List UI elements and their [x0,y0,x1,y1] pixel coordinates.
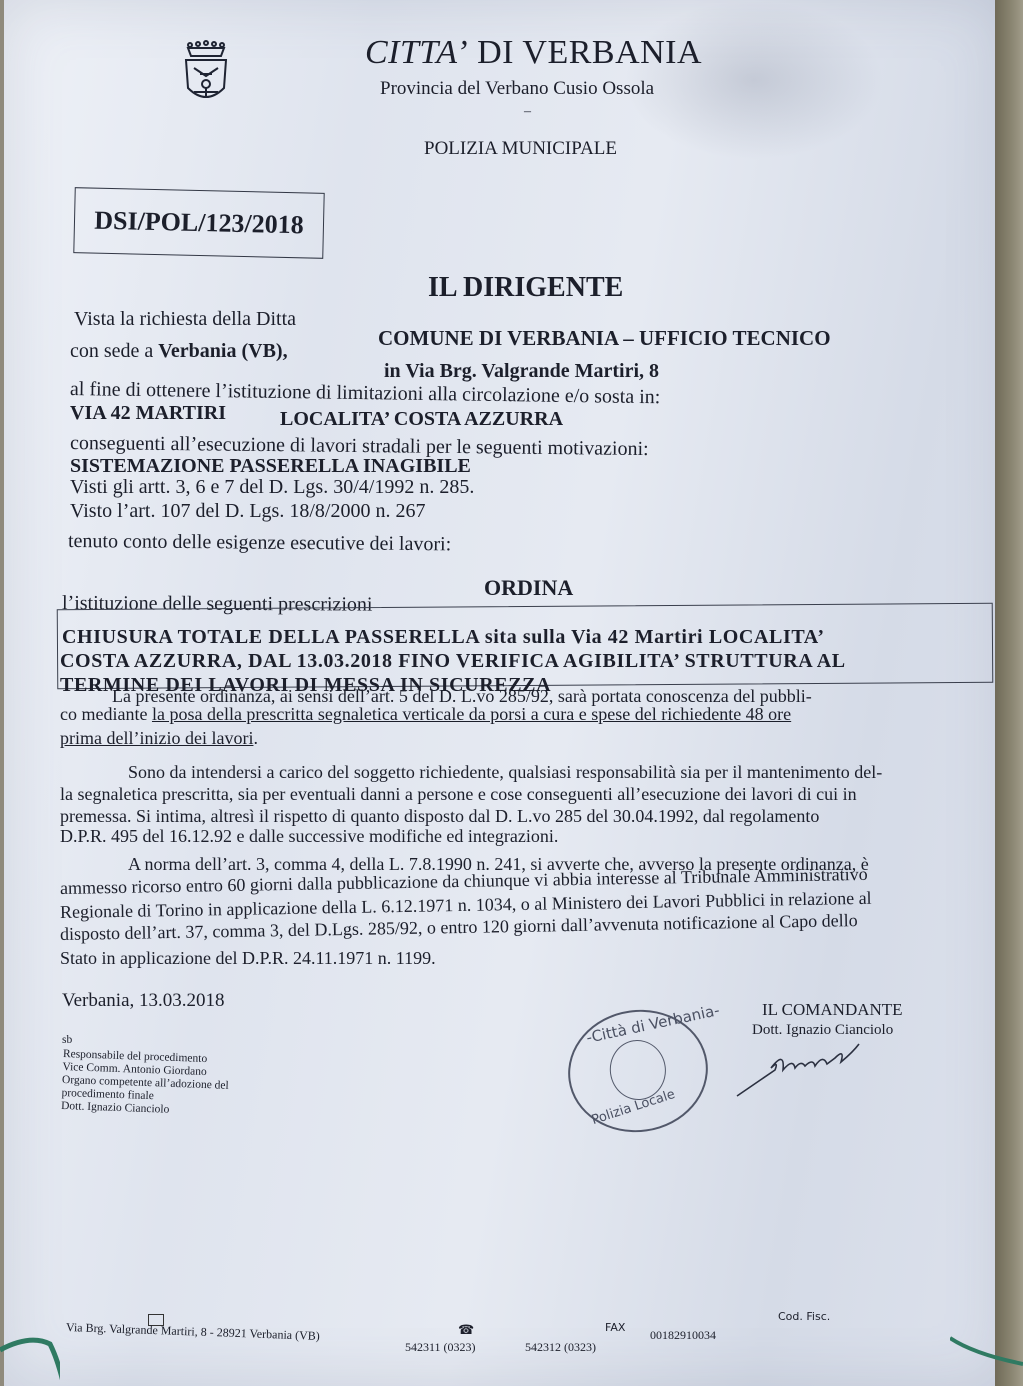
place-date: Verbania, 13.03.2018 [62,990,225,1012]
wire-tie-right [950,1320,1023,1380]
request-seat-city: Verbania (VB), [158,340,287,362]
protocol-number-box: DSI/POL/123/2018 [73,187,324,259]
footer-fax: 542312 (0323) [525,1340,596,1355]
paragraph-2-line-2: la segnaletica prescritta, sia per event… [60,784,857,805]
tax-code-label: Cod. Fisc. [778,1310,830,1323]
footer-phone: 542311 (0323) [405,1340,476,1355]
paragraph-1-underlined: la posa della prescritta segnaletica ver… [152,704,791,724]
location-street: VIA 42 MARTIRI [70,402,226,425]
law-reference-1: Visti gli artt. 3, 6 e 7 del D. Lgs. 30/… [70,476,474,499]
commander-title: IL COMANDANTE [762,1000,903,1020]
requesting-company: COMUNE DI VERBANIA – UFFICIO TECNICO [378,326,831,351]
paragraph-1-line-2: co mediante la posa della prescritta seg… [60,704,791,725]
city-title-prefix: CITTA’ [365,34,468,71]
paragraph-2-line-3: premessa. Si intima, altresì il rispetto… [60,806,819,827]
law-reference-2: Visto l’art. 107 del D. Lgs. 18/8/2000 n… [70,500,425,523]
request-seat-prefix: con sede a [70,340,158,362]
city-title: CITTA’ DI VERBANIA [365,34,702,72]
phone-icon: ☎ [458,1322,474,1338]
protocol-number: DSI/POL/123/2018 [94,206,304,241]
fax-label: FAX [605,1321,625,1334]
order-line-2: COSTA AZZURRA, DAL 13.03.2018 FINO VERIF… [60,650,846,673]
issuer-heading: IL DIRIGENTE [428,272,623,304]
request-line-1: Vista la richiesta della Ditta [74,308,296,331]
paragraph-1-line-3: prima dell’inizio dei lavori. [60,728,258,749]
tax-code: 00182910034 [650,1328,716,1343]
company-address: in Via Brg. Valgrande Martiri, 8 [384,360,659,383]
paragraph-3-line-5: Stato in applicazione del D.P.R. 24.11.1… [60,948,436,969]
wire-tie-left [0,1330,60,1386]
signature-icon [735,1040,885,1100]
paragraph-1-plain: co mediante [60,704,152,724]
city-title-suffix: DI VERBANIA [468,34,702,71]
order-line-1: CHIUSURA TOTALE DELLA PASSERELLA sita su… [62,626,825,649]
paragraph-2-line-4: D.P.R. 495 del 16.12.92 e dalle successi… [60,826,558,847]
commander-name: Dott. Ignazio Cianciolo [752,1022,893,1039]
paragraph-1-underlined-end: prima dell’inizio dei lavori [60,728,253,748]
city-crest-icon [178,40,234,108]
author-initials: sb [62,1034,72,1047]
location-area: LOCALITA’ COSTA AZZURRA [280,408,563,431]
reason: SISTEMAZIONE PASSERELLA INAGIBILE [70,455,471,478]
paragraph-1-period: . [253,728,258,748]
request-line-2: con sede a Verbania (VB), [70,340,288,363]
works-note: tenuto conto delle esigenze esecutive de… [68,530,451,556]
paragraph-2-line-1: Sono da intendersi a carico del soggetto… [128,762,882,783]
department-name: POLIZIA MUNICIPALE [424,138,617,160]
header-separator: – [524,104,531,120]
board-edge [995,0,1023,1386]
order-heading: ORDINA [484,575,573,601]
province-name: Provincia del Verbano Cusio Ossola [380,78,654,100]
responsible-block: Responsabile del procedimento Vice Comm.… [61,1048,230,1119]
